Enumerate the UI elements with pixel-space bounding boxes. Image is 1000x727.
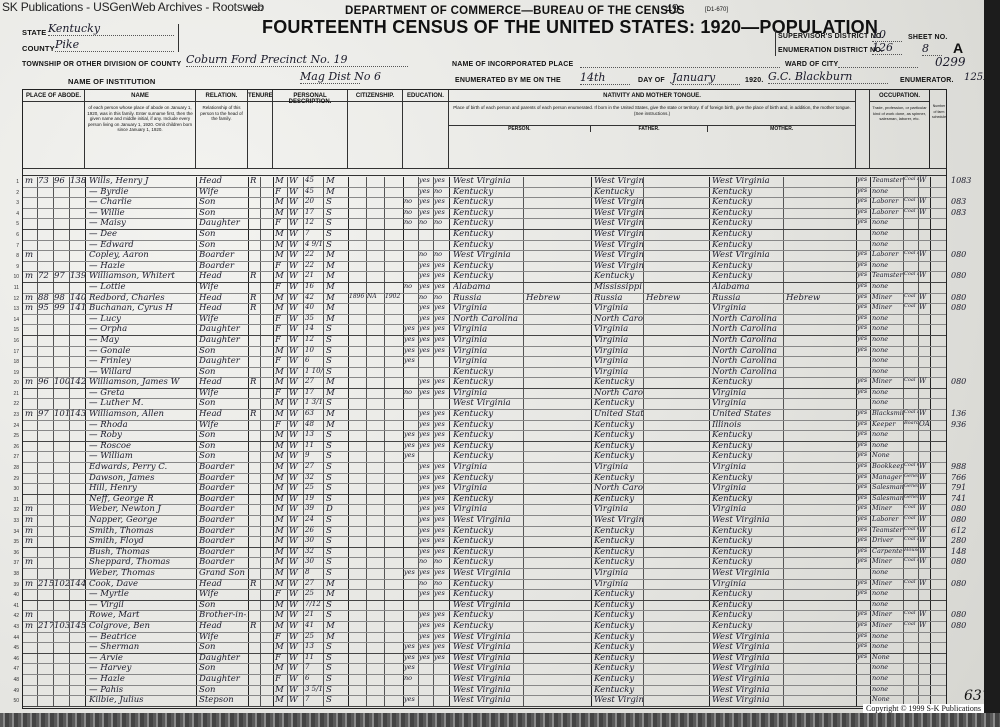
margin-code-cell: 083 <box>951 197 981 206</box>
read-cell: yes <box>419 653 433 661</box>
age-cell: 45 <box>305 187 323 195</box>
speaks-english-cell: yes <box>857 261 870 268</box>
read-cell: no <box>419 218 433 226</box>
sex-cell: F <box>275 388 287 398</box>
race-cell: W <box>289 356 303 366</box>
line-number: 25 <box>7 433 19 439</box>
marital-cell: S <box>326 346 346 356</box>
enumerated-day: 14th <box>580 71 630 85</box>
sex-cell: F <box>275 324 287 334</box>
relation-cell: Son <box>199 441 247 451</box>
marital-cell: S <box>326 494 346 504</box>
margin-note-bottom: 637 <box>964 688 984 704</box>
trade-cell: Bookkeeper <box>872 462 903 470</box>
read-cell: no <box>419 250 433 258</box>
birthplace-cell: Kentucky <box>453 229 523 239</box>
sex-cell: M <box>275 451 287 461</box>
marital-cell: S <box>326 674 346 684</box>
relation-cell: Wife <box>199 388 247 398</box>
trade-cell: none <box>872 642 903 650</box>
name-cell: Colgrove, Ben <box>89 621 195 631</box>
birthplace-cell: West Virginia <box>453 515 523 525</box>
name-cell: — Arvie <box>89 653 195 663</box>
name-cell: — Hazle <box>89 674 195 684</box>
trade-cell: Manager <box>872 473 903 481</box>
marital-cell: S <box>326 536 346 546</box>
line-number: 43 <box>7 624 19 630</box>
marital-cell: S <box>326 515 346 525</box>
read-cell: yes <box>419 483 433 491</box>
race-cell: W <box>289 176 303 186</box>
birthplace-cell: Virginia <box>453 388 523 398</box>
name-cell: Copley, Aaron <box>89 250 195 260</box>
line-number: 23 <box>7 412 19 418</box>
tenure-cell: R <box>250 271 260 281</box>
speaks-english-cell: yes <box>857 303 870 310</box>
mother-birthplace-cell: Virginia <box>712 579 782 589</box>
father-birthplace-cell: Virginia <box>594 367 643 377</box>
mother-birthplace-cell: Kentucky <box>712 526 782 536</box>
line-number: 36 <box>7 550 19 556</box>
write-cell: yes <box>434 388 449 396</box>
age-cell: 7/12 <box>305 600 323 608</box>
dwelling-number-cell: 103 <box>54 621 69 631</box>
column-name-header: NAME of each person whose place of abode… <box>85 90 196 168</box>
mother-birthplace-cell: West Virginia <box>712 663 782 673</box>
age-cell: 22 <box>305 261 323 269</box>
father-birthplace-cell: Kentucky <box>594 557 643 567</box>
line-number: 28 <box>7 465 19 471</box>
birthplace-cell: Kentucky <box>453 187 523 197</box>
speaks-english-cell: yes <box>857 621 870 628</box>
enumerated-month: January <box>672 71 740 85</box>
age-cell: 13 <box>305 642 323 650</box>
tenure-cell: R <box>250 579 260 589</box>
write-cell: yes <box>434 653 449 661</box>
trade-cell: Teamster <box>872 271 903 279</box>
speaks-english-cell: yes <box>857 409 870 416</box>
margin-note-top: 0299 <box>935 55 966 69</box>
read-cell: yes <box>419 409 433 417</box>
birthplace-cell: Kentucky <box>453 610 523 620</box>
school-cell: yes <box>404 430 418 438</box>
school-cell: yes <box>404 663 418 671</box>
ward-value <box>838 58 918 68</box>
mother-birthplace-cell: Kentucky <box>712 600 782 610</box>
family-number-cell: 141 <box>70 303 85 313</box>
column-group-personal: PERSONAL DESCRIPTION. <box>273 90 348 168</box>
birthplace-cell: Kentucky <box>453 240 523 250</box>
employment-class-cell: W <box>919 504 930 512</box>
birthplace-cell: Kentucky <box>453 451 523 461</box>
birthplace-cell: Kentucky <box>453 557 523 567</box>
line-number: 42 <box>7 613 19 619</box>
mother-birthplace-cell: Kentucky <box>712 610 782 620</box>
write-cell: yes <box>434 430 449 438</box>
speaks-english-cell: yes <box>857 218 870 225</box>
school-cell: no <box>404 208 418 216</box>
age-cell: 21 <box>305 271 323 279</box>
employment-class-cell: W <box>919 610 930 618</box>
race-cell: W <box>289 240 303 250</box>
name-cell: Smith, Thomas <box>89 526 195 536</box>
margin-code-cell: 080 <box>951 250 981 259</box>
trade-cell: Blacksmith <box>872 409 903 417</box>
father-birthplace-cell: Virginia <box>594 303 643 313</box>
trade-cell: none <box>872 568 903 576</box>
trade-cell: Miner <box>872 621 903 629</box>
line-number: 13 <box>7 306 19 312</box>
birthplace-cell: North Carolina <box>453 314 523 324</box>
enumerated-year: 1920. <box>745 77 764 84</box>
speaks-english-cell: yes <box>857 504 870 511</box>
race-cell: W <box>289 261 303 271</box>
street-cell: m <box>25 579 37 589</box>
read-cell: yes <box>419 282 433 290</box>
table-row: 50 Kilbie, Julius Stepson M W 7 S yes We… <box>23 696 946 707</box>
line-number: 4 <box>7 211 19 217</box>
speaks-english-cell: yes <box>857 314 870 321</box>
age-cell: 4 9/12 <box>305 240 323 248</box>
birthplace-cell: West Virginia <box>453 176 523 186</box>
read-cell: yes <box>419 536 433 544</box>
line-number: 34 <box>7 529 19 535</box>
street-cell: m <box>25 515 37 525</box>
age-cell: 6 <box>305 674 323 682</box>
name-cell: — Willie <box>89 208 195 218</box>
name-cell: Williamson, Whitert <box>89 271 195 281</box>
margin-code-cell: 080 <box>951 271 981 280</box>
father-birthplace-cell: Kentucky <box>594 398 643 408</box>
birthplace-cell: Virginia <box>453 356 523 366</box>
read-cell: yes <box>419 441 433 449</box>
age-cell: 42 <box>305 293 323 301</box>
relation-cell: Head <box>199 377 247 387</box>
speaks-english-cell: yes <box>857 483 870 490</box>
age-cell: 26 <box>305 526 323 534</box>
trade-cell: Miner <box>872 504 903 512</box>
name-cell: — Luther M. <box>89 398 195 408</box>
mother-birthplace-cell: Kentucky <box>712 589 782 599</box>
sex-cell: M <box>275 462 287 472</box>
sex-cell: F <box>275 674 287 684</box>
father-birthplace-cell: West Virginia <box>594 515 643 525</box>
mother-birthplace-cell: Virginia <box>712 504 782 514</box>
relation-cell: Boarder <box>199 250 247 260</box>
margin-note-side: 1252 <box>964 72 984 83</box>
speaks-english-cell: yes <box>857 632 870 639</box>
age-cell: 27 <box>305 579 323 587</box>
relation-cell: Daughter <box>199 653 247 663</box>
age-cell: 10 <box>305 346 323 354</box>
trade-cell: Carpenter <box>872 547 903 555</box>
sex-cell: M <box>275 547 287 557</box>
line-number: 29 <box>7 476 19 482</box>
relation-cell: Head <box>199 271 247 281</box>
margin-code-cell: 136 <box>951 409 981 418</box>
mother-birthplace-cell: West Virginia <box>712 568 782 578</box>
race-cell: W <box>289 430 303 440</box>
mother-birthplace-cell: North Carolina <box>712 356 782 366</box>
margin-code-cell: 080 <box>951 303 981 312</box>
industry-cell: Coal <box>904 579 918 585</box>
relation-cell: Son <box>199 346 247 356</box>
age-cell: 11 <box>305 653 323 661</box>
father-birthplace-cell: Kentucky <box>594 610 643 620</box>
write-cell: yes <box>434 589 449 597</box>
mother-birthplace-cell: Kentucky <box>712 197 782 207</box>
employment-class-cell: W <box>919 377 930 385</box>
write-cell: yes <box>434 176 449 184</box>
trade-cell: Laborer <box>872 515 903 523</box>
dwelling-number-cell: 98 <box>54 293 69 303</box>
birthplace-cell: West Virginia <box>453 663 523 673</box>
read-cell: yes <box>419 388 433 396</box>
margin-code-cell: 280 <box>951 536 981 545</box>
write-cell: yes <box>434 208 449 216</box>
birthplace-cell: Kentucky <box>453 430 523 440</box>
speaks-english-cell: yes <box>857 335 870 342</box>
scan-edge <box>984 0 1000 727</box>
age-cell: 21 <box>305 610 323 618</box>
speaks-english-cell: yes <box>857 515 870 522</box>
house-number-cell: 217 <box>38 621 53 631</box>
sex-cell: M <box>275 642 287 652</box>
race-cell: W <box>289 271 303 281</box>
relation-cell: Wife <box>199 282 247 292</box>
employment-class-cell: W <box>919 515 930 523</box>
speaks-english-cell: yes <box>857 557 870 564</box>
marital-cell: S <box>326 557 346 567</box>
name-cell: — Orpha <box>89 324 195 334</box>
marital-cell: M <box>326 621 346 631</box>
enumerated-label: ENUMERATED BY ME ON THE <box>455 77 561 84</box>
tenure-cell: R <box>250 176 260 186</box>
father-birthplace-cell: West Virginia <box>594 261 643 271</box>
sex-cell: M <box>275 568 287 578</box>
speaks-english-cell: yes <box>857 197 870 204</box>
read-cell: yes <box>419 589 433 597</box>
birthplace-cell: Kentucky <box>453 547 523 557</box>
birthplace-cell: Virginia <box>453 504 523 514</box>
trade-cell: Salesman <box>872 494 903 502</box>
relation-cell: Son <box>199 642 247 652</box>
industry-cell: General Store <box>904 483 918 489</box>
write-cell: yes <box>434 610 449 618</box>
street-cell: m <box>25 271 37 281</box>
speaks-english-cell: yes <box>857 494 870 501</box>
dwelling-number-cell: 96 <box>54 176 69 186</box>
scan-edge-bottom <box>0 713 1000 727</box>
line-number: 44 <box>7 635 19 641</box>
name-cell: — Lucy <box>89 314 195 324</box>
census-page: SK Publications - USGenWeb Archives - Ro… <box>0 0 984 715</box>
relation-cell: Son <box>199 430 247 440</box>
marital-cell: S <box>326 483 346 493</box>
line-number: 32 <box>7 507 19 513</box>
school-cell: yes <box>404 568 418 576</box>
school-cell: yes <box>404 642 418 650</box>
trade-cell: Teamster <box>872 526 903 534</box>
line-number: 45 <box>7 645 19 651</box>
marital-cell: S <box>326 218 346 228</box>
relation-cell: Wife <box>199 187 247 197</box>
line-number: 38 <box>7 571 19 577</box>
birthplace-cell: West Virginia <box>453 695 523 705</box>
dwelling-number-cell: 99 <box>54 303 69 313</box>
margin-code-cell: 080 <box>951 610 981 619</box>
race-cell: W <box>289 335 303 345</box>
relation-cell: Boarder <box>199 473 247 483</box>
column-group-tenure: TENURE. <box>248 90 273 168</box>
race-cell: W <box>289 653 303 663</box>
marital-cell: D <box>326 504 346 514</box>
read-cell: yes <box>419 473 433 481</box>
age-cell: 45 <box>305 176 323 184</box>
township-label: TOWNSHIP OR OTHER DIVISION OF COUNTY <box>22 61 181 68</box>
read-cell: yes <box>419 547 433 555</box>
margin-code-cell: 080 <box>951 504 981 513</box>
race-cell: W <box>289 208 303 218</box>
father-birthplace-cell: Kentucky <box>594 589 643 599</box>
write-cell: no <box>434 250 449 258</box>
write-cell: yes <box>434 568 449 576</box>
marital-cell: M <box>326 409 346 419</box>
line-number: 48 <box>7 677 19 683</box>
write-cell: yes <box>434 261 449 269</box>
relation-cell: Stepson <box>199 695 247 705</box>
mother-birthplace-cell: Virginia <box>712 398 782 408</box>
mother-birthplace-cell: West Virginia <box>712 685 782 695</box>
relation-cell: Son <box>199 451 247 461</box>
birthplace-cell: West Virginia <box>453 632 523 642</box>
column-group-education: EDUCATION. <box>403 90 449 168</box>
sex-cell: M <box>275 473 287 483</box>
column-group-citizenship: CITIZENSHIP. <box>348 90 403 168</box>
sex-cell: M <box>275 303 287 313</box>
sex-cell: F <box>275 356 287 366</box>
marital-cell: S <box>326 473 346 483</box>
dwelling-number-cell: 101 <box>54 409 69 419</box>
father-birthplace-cell: Kentucky <box>594 441 643 451</box>
father-birthplace-cell: Kentucky <box>594 377 643 387</box>
relation-cell: Head <box>199 621 247 631</box>
race-cell: W <box>289 187 303 197</box>
father-birthplace-cell: Kentucky <box>594 187 643 197</box>
industry-cell: Coal Company <box>904 526 918 532</box>
race-cell: W <box>289 398 303 408</box>
read-cell: yes <box>419 335 433 343</box>
sheet-letter: A <box>953 40 963 56</box>
father-birthplace-cell: Mississippi <box>594 282 643 292</box>
name-cell: Neff, George R <box>89 494 195 504</box>
race-cell: W <box>289 377 303 387</box>
day-of-label: DAY OF <box>638 77 665 84</box>
race-cell: W <box>289 515 303 525</box>
relation-cell: Head <box>199 293 247 303</box>
school-cell: yes <box>404 695 418 703</box>
sex-cell: M <box>275 229 287 239</box>
speaks-english-cell: yes <box>857 176 870 183</box>
relation-cell: Head <box>199 409 247 419</box>
write-cell: yes <box>434 271 449 279</box>
relation-cell: Grand Son <box>199 568 247 578</box>
tenure-cell: R <box>250 303 260 313</box>
speaks-english-cell: yes <box>857 653 870 660</box>
sex-cell: F <box>275 282 287 292</box>
read-cell: yes <box>419 642 433 650</box>
father-birthplace-cell: Kentucky <box>594 547 643 557</box>
write-cell: yes <box>434 642 449 650</box>
trade-cell: none <box>872 346 903 354</box>
name-cell: Cook, Dave <box>89 579 195 589</box>
margin-code-cell: 988 <box>951 462 981 471</box>
race-cell: W <box>289 250 303 260</box>
write-cell: yes <box>434 197 449 205</box>
line-number: 22 <box>7 401 19 407</box>
relation-cell: Head <box>199 579 247 589</box>
trade-cell: none <box>872 261 903 269</box>
write-cell: yes <box>434 441 449 449</box>
line-number: 12 <box>7 296 19 302</box>
line-number: 40 <box>7 592 19 598</box>
sex-cell: F <box>275 589 287 599</box>
mother-birthplace-cell: Russia <box>712 293 782 303</box>
relation-cell: Boarder <box>199 536 247 546</box>
marital-cell: M <box>326 579 346 589</box>
line-number: 47 <box>7 666 19 672</box>
trade-cell: none <box>872 600 903 608</box>
speaks-english-cell: yes <box>857 526 870 533</box>
employment-class-cell: OA <box>919 420 930 428</box>
street-cell: m <box>25 504 37 514</box>
street-cell: m <box>25 536 37 546</box>
father-birthplace-cell: Kentucky <box>594 600 643 610</box>
father-birthplace-cell: Virginia <box>594 579 643 589</box>
mother-birthplace-cell: Kentucky <box>712 494 782 504</box>
name-cell: — Maisy <box>89 218 195 228</box>
mother-birthplace-cell: Kentucky <box>712 430 782 440</box>
street-cell: m <box>25 610 37 620</box>
age-cell: 7 <box>305 695 323 703</box>
marital-cell: S <box>326 663 346 673</box>
marital-cell: M <box>326 282 346 292</box>
dwelling-number-cell: 97 <box>54 271 69 281</box>
relation-cell: Daughter <box>199 335 247 345</box>
employment-class-cell: W <box>919 526 930 534</box>
marital-cell: M <box>326 420 346 430</box>
sex-cell: M <box>275 398 287 408</box>
marital-cell: S <box>326 197 346 207</box>
name-cell: — Roby <box>89 430 195 440</box>
margin-code-cell: 766 <box>951 473 981 482</box>
birthplace-cell: Virginia <box>453 303 523 313</box>
school-cell: yes <box>404 335 418 343</box>
father-birthplace-cell: Kentucky <box>594 420 643 430</box>
father-birthplace-cell: North Carolina <box>594 314 643 324</box>
line-number: 30 <box>7 486 19 492</box>
tenure-cell: R <box>250 409 260 419</box>
birthplace-cell: Kentucky <box>453 377 523 387</box>
write-cell: yes <box>434 536 449 544</box>
age-cell: 30 <box>305 557 323 565</box>
name-cell: — Rhoda <box>89 420 195 430</box>
father-birthplace-cell: Kentucky <box>594 430 643 440</box>
age-cell: 17 <box>305 388 323 396</box>
trade-cell: none <box>872 589 903 597</box>
birthplace-cell: West Virginia <box>453 600 523 610</box>
relation-cell: Head <box>199 303 247 313</box>
